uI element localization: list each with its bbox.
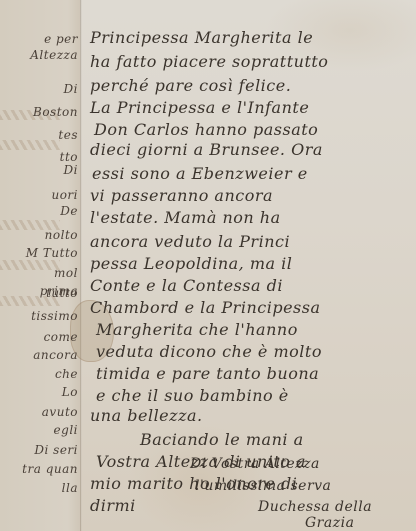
- letter-line: ha fatto piacere soprattutto: [90, 52, 328, 71]
- letter-line: timida e pare tanto buona: [96, 364, 319, 383]
- left-page-line: uori: [51, 188, 78, 202]
- letter-line: l'estate. Mamà non ha: [90, 208, 281, 227]
- letter-line: vi passeranno ancora: [90, 186, 273, 205]
- left-page-line: tissimo: [31, 309, 78, 323]
- signature-line-1: Duchessa della: [258, 499, 372, 515]
- left-page-line: tra quan: [22, 462, 78, 476]
- letter-line: perché pare così felice.: [90, 76, 291, 95]
- left-page-line: Lo: [62, 385, 78, 399]
- letter-line: Conte e la Contessa di: [90, 276, 283, 295]
- closing-line-1: Di Vostra Altezza: [190, 456, 320, 472]
- letter-line: Margherita che l'hanno: [96, 320, 298, 339]
- left-page-line: tes: [58, 128, 78, 142]
- closing-line-2: l'umilissima serva: [195, 478, 331, 494]
- letter-line: dirmi: [90, 496, 136, 515]
- left-page-line: ancora: [33, 348, 78, 362]
- signature-line-2: Grazia: [305, 515, 354, 531]
- letter-line: pessa Leopoldina, ma il: [90, 254, 292, 273]
- page-fold: [80, 0, 82, 531]
- left-page-line: Di: [64, 163, 78, 177]
- left-page-line: tto: [60, 150, 78, 164]
- left-page-line: egli: [54, 423, 78, 437]
- letter-scan: e perAltezzaDiBostontesttoDiuoriDenoltoM…: [0, 0, 416, 531]
- letter-line: una bellezza.: [90, 406, 203, 425]
- ink-bleed: [0, 260, 60, 270]
- letter-line: Principessa Margherita le: [90, 28, 313, 47]
- letter-line: dieci giorni a Brunsee. Ora: [90, 140, 323, 159]
- left-page-line: mol: [54, 266, 78, 280]
- left-page-line: e per: [44, 32, 78, 46]
- left-page-line: che: [55, 367, 78, 381]
- letter-line: essi sono a Ebenzweier e: [92, 164, 308, 183]
- left-page-line: Boston: [33, 105, 78, 119]
- left-page-line: lla: [62, 481, 78, 495]
- left-page-line: Di seri: [34, 443, 78, 457]
- letter-line: Chambord e la Principessa: [90, 298, 321, 317]
- ink-bleed: [0, 140, 60, 150]
- letter-line: La Principessa e l'Infante: [90, 98, 309, 117]
- left-page-line: avuto: [42, 405, 78, 419]
- left-page-line: come: [44, 330, 78, 344]
- left-page-line: De: [60, 204, 78, 218]
- letter-line: e che il suo bambino è: [96, 386, 289, 405]
- letter-line: Don Carlos hanno passato: [94, 120, 318, 139]
- left-page-line: Di: [64, 82, 78, 96]
- letter-line: veduta dicono che è molto: [96, 342, 322, 361]
- letter-line: Baciando le mani a: [140, 430, 304, 449]
- left-page-line: tutto: [46, 286, 78, 300]
- left-page-line: Altezza: [30, 48, 78, 62]
- letter-line: ancora veduto la Princi: [90, 232, 290, 251]
- left-page-line: M Tutto: [26, 246, 78, 260]
- left-page-line: nolto: [45, 228, 78, 242]
